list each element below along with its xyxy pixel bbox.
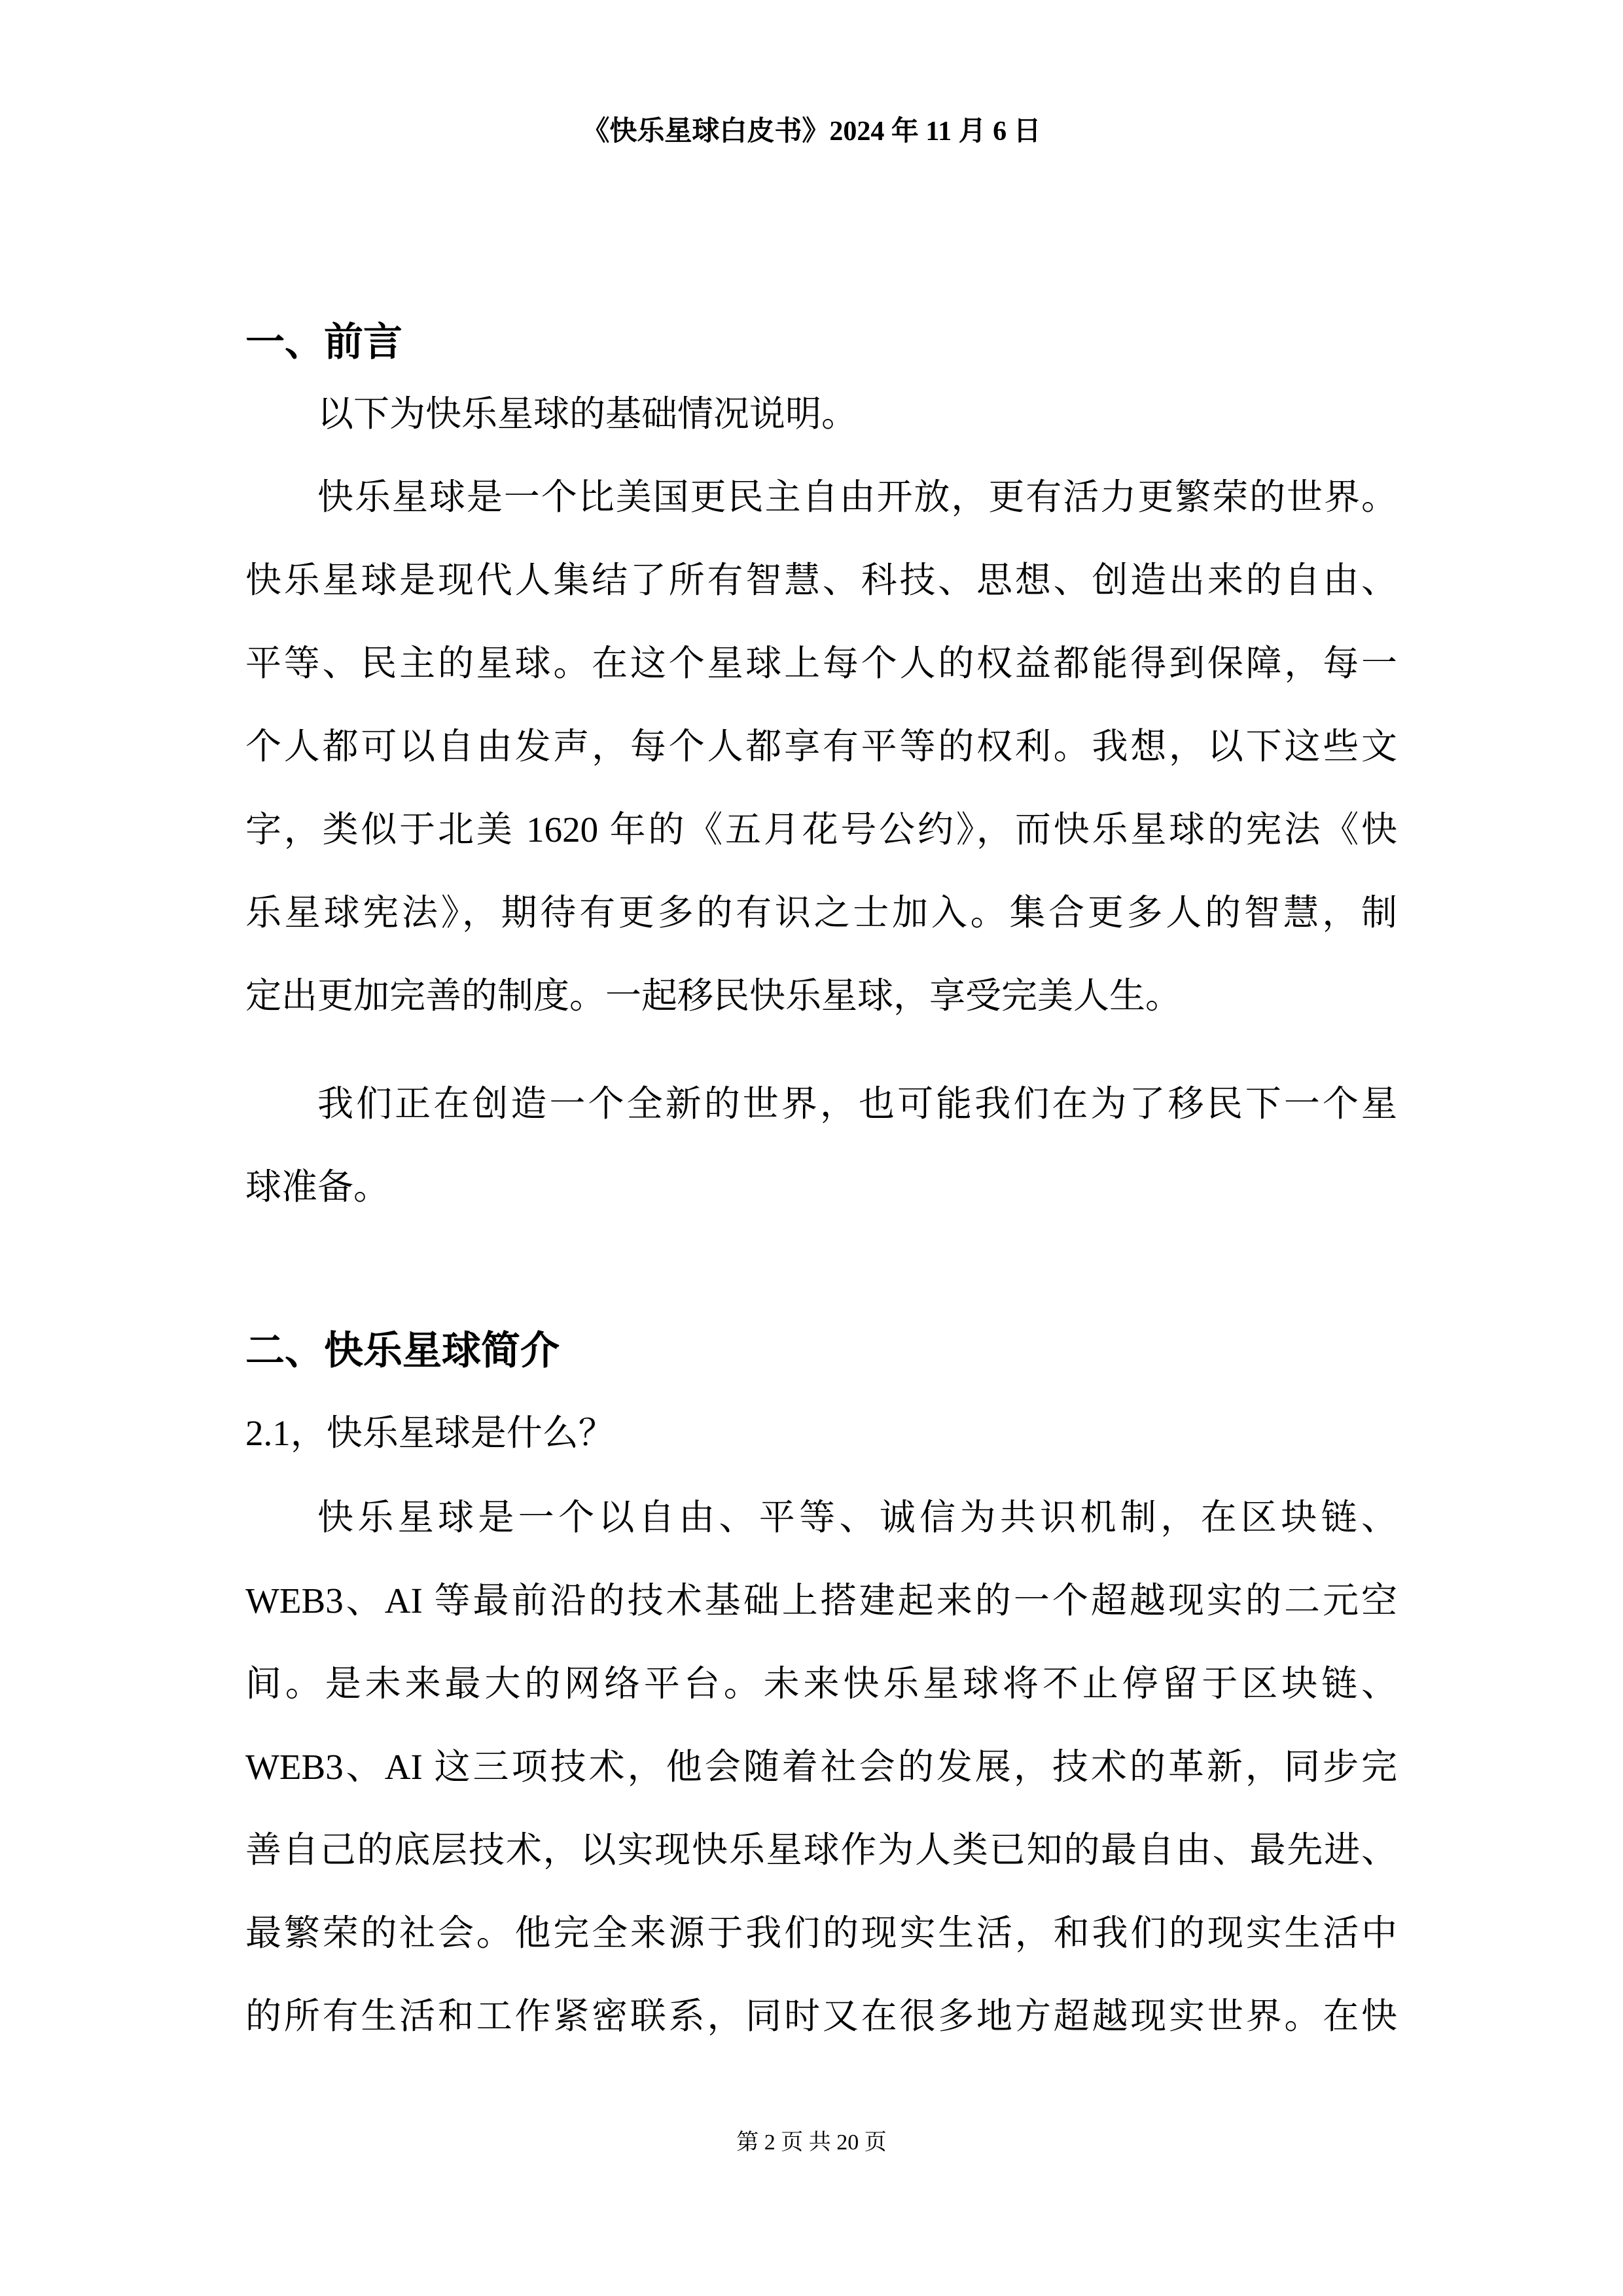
section-2-1-subheading: 2.1，快乐星球是什么？ — [245, 1391, 1397, 1475]
text-line: 快乐星球是一个以自由、平等、诚信为共识机制，在区块链、 — [245, 1476, 1397, 1559]
text-line: 最繁荣的社会。他完全来源于我们的现实生活，和我们的现实生活中 — [245, 1892, 1397, 1975]
text-line: 平等、民主的星球。在这个星球上每个人的权益都能得到保障，每一 — [245, 622, 1397, 705]
text-line: 定出更加完善的制度。一起移民快乐星球，享受完美人生。 — [245, 954, 1397, 1037]
text-line: 以下为快乐星球的基础情况说明。 — [245, 372, 1397, 456]
text-line: 快乐星球是现代人集结了所有智慧、科技、思想、创造出来的自由、 — [245, 539, 1397, 622]
text-line: 的所有生活和工作紧密联系，同时又在很多地方超越现实世界。在快 — [245, 1975, 1397, 2058]
text-line: 字，类似于北美 1620 年的《五月花号公约》，而快乐星球的宪法《快 — [245, 788, 1397, 871]
text-line: 个人都可以自由发声，每个人都享有平等的权利。我想，以下这些文 — [245, 705, 1397, 788]
intro-paragraph-1: 快乐星球是一个以自由、平等、诚信为共识机制，在区块链、WEB3、AI 等最前沿的… — [245, 1476, 1397, 2058]
page-header: 《快乐星球白皮书》2024 年 11 月 6 日 — [0, 115, 1623, 148]
preface-paragraph-1: 以下为快乐星球的基础情况说明。 — [245, 372, 1397, 456]
text-line: 球准备。 — [245, 1145, 1397, 1229]
section-1-heading: 一、前言 — [245, 301, 1397, 384]
page-footer: 第 2 页 共 20 页 — [0, 2128, 1623, 2157]
section-2-heading: 二、快乐星球简介 — [245, 1310, 1397, 1393]
preface-paragraph-3: 我们正在创造一个全新的世界，也可能我们在为了移民下一个星球准备。 — [245, 1062, 1397, 1229]
document-page: 《快乐星球白皮书》2024 年 11 月 6 日 一、前言 以下为快乐星球的基础… — [0, 0, 1623, 2296]
text-line: 快乐星球是一个比美国更民主自由开放，更有活力更繁荣的世界。 — [245, 456, 1397, 539]
preface-paragraph-2: 快乐星球是一个比美国更民主自由开放，更有活力更繁荣的世界。快乐星球是现代人集结了… — [245, 456, 1397, 1037]
text-line: WEB3、AI 这三项技术，他会随着社会的发展，技术的革新，同步完 — [245, 1725, 1397, 1808]
text-line: 间。是未来最大的网络平台。未来快乐星球将不止停留于区块链、 — [245, 1642, 1397, 1725]
text-line: 善自己的底层技术，以实现快乐星球作为人类已知的最自由、最先进、 — [245, 1808, 1397, 1892]
text-line: WEB3、AI 等最前沿的技术基础上搭建起来的一个超越现实的二元空 — [245, 1559, 1397, 1642]
text-line: 乐星球宪法》，期待有更多的有识之士加入。集合更多人的智慧，制 — [245, 871, 1397, 954]
text-line: 我们正在创造一个全新的世界，也可能我们在为了移民下一个星 — [245, 1062, 1397, 1145]
